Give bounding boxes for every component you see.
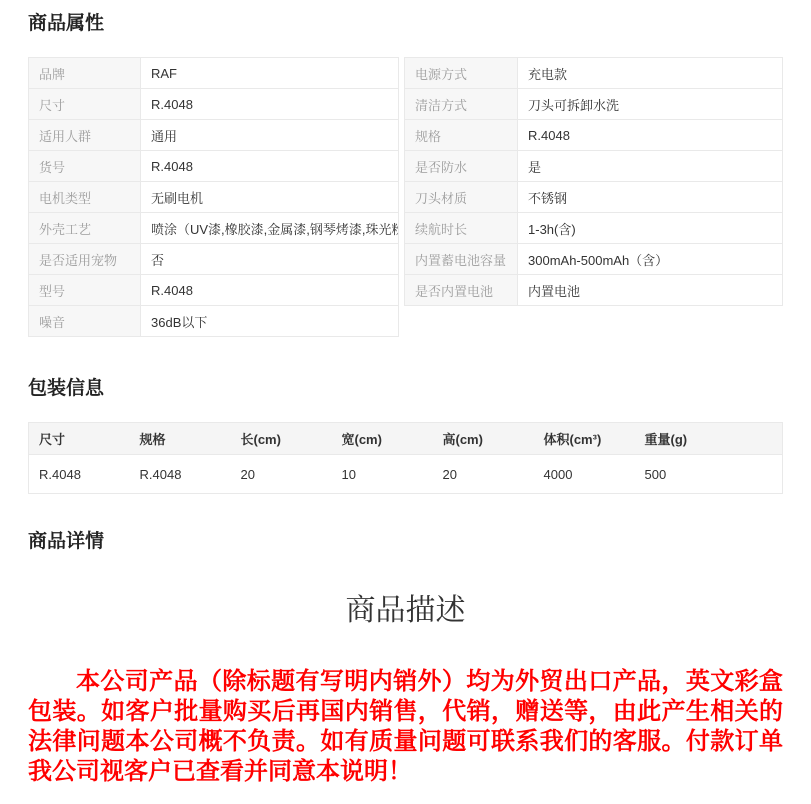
attr-row: 型号 R.4048 xyxy=(29,275,399,306)
attr-label: 尺寸 xyxy=(29,89,141,120)
packaging-header-cell: 高(cm) xyxy=(433,423,534,455)
attr-row: 是否适用宠物 否 xyxy=(29,244,399,275)
attr-row: 内置蓄电池容量 300mAh-500mAh（含） xyxy=(405,244,783,275)
attr-value: RAF xyxy=(141,58,399,89)
attr-value: R.4048 xyxy=(518,120,783,151)
attr-label: 外壳工艺 xyxy=(29,213,141,244)
attr-row: 电源方式 充电款 xyxy=(405,58,783,89)
attr-label: 电机类型 xyxy=(29,182,141,213)
attr-value: 是 xyxy=(518,151,783,182)
product-detail-page: 商品属性 品牌 RAF 尺寸 R.4048 适用人群 通用 货号 R.4048 xyxy=(0,0,811,804)
attr-label: 噪音 xyxy=(29,306,141,337)
attr-row: 货号 R.4048 xyxy=(29,151,399,182)
attr-row: 尺寸 R.4048 xyxy=(29,89,399,120)
packaging-cell: 20 xyxy=(231,455,332,494)
packaging-header-cell: 宽(cm) xyxy=(332,423,433,455)
attr-value: 通用 xyxy=(141,120,399,151)
attr-row: 续航时长 1-3h(含) xyxy=(405,213,783,244)
attr-row: 是否防水 是 xyxy=(405,151,783,182)
attr-label: 适用人群 xyxy=(29,120,141,151)
attr-label: 是否内置电池 xyxy=(405,275,518,306)
attr-row: 是否内置电池 内置电池 xyxy=(405,275,783,306)
attributes-table-right: 电源方式 充电款 清洁方式 刀头可拆卸水洗 规格 R.4048 是否防水 是 刀… xyxy=(404,57,783,306)
attr-value: 内置电池 xyxy=(518,275,783,306)
packaging-data-row: R.4048 R.4048 20 10 20 4000 500 xyxy=(29,455,783,494)
packaging-cell: 20 xyxy=(433,455,534,494)
attr-value: 300mAh-500mAh（含） xyxy=(518,244,783,275)
attr-row: 清洁方式 刀头可拆卸水洗 xyxy=(405,89,783,120)
attr-value: 无刷电机 xyxy=(141,182,399,213)
packaging-cell: R.4048 xyxy=(29,455,130,494)
packaging-header-cell: 尺寸 xyxy=(29,423,130,455)
attr-value: 36dB以下 xyxy=(141,306,399,337)
attr-label: 清洁方式 xyxy=(405,89,518,120)
attributes-section-title: 商品属性 xyxy=(28,0,783,36)
packaging-cell: R.4048 xyxy=(130,455,231,494)
attr-row: 适用人群 通用 xyxy=(29,120,399,151)
attr-value: 刀头可拆卸水洗 xyxy=(518,89,783,120)
attr-label: 型号 xyxy=(29,275,141,306)
attr-value: 不锈钢 xyxy=(518,182,783,213)
attr-row: 刀头材质 不锈钢 xyxy=(405,182,783,213)
attr-row: 品牌 RAF xyxy=(29,58,399,89)
attr-label: 规格 xyxy=(405,120,518,151)
attr-label: 内置蓄电池容量 xyxy=(405,244,518,275)
product-description-title: 商品描述 xyxy=(28,595,783,627)
packaging-header-cell: 体积(cm³) xyxy=(534,423,635,455)
attr-row: 电机类型 无刷电机 xyxy=(29,182,399,213)
attr-value: 喷涂（UV漆,橡胶漆,金属漆,钢琴烤漆,珠光粉） xyxy=(141,213,399,244)
attributes-tables: 品牌 RAF 尺寸 R.4048 适用人群 通用 货号 R.4048 电机类型 xyxy=(28,57,783,337)
packaging-cell: 10 xyxy=(332,455,433,494)
packaging-cell: 500 xyxy=(635,455,783,494)
packaging-table: 尺寸 规格 长(cm) 宽(cm) 高(cm) 体积(cm³) 重量(g) R.… xyxy=(28,422,783,494)
product-description-notice: 本公司产品（除标题有写明内销外）均为外贸出口产品，英文彩盒包装。如客户批量购买后… xyxy=(28,667,783,787)
attr-row: 噪音 36dB以下 xyxy=(29,306,399,337)
packaging-section-title: 包装信息 xyxy=(28,377,783,401)
attr-value: R.4048 xyxy=(141,275,399,306)
attr-label: 品牌 xyxy=(29,58,141,89)
attr-row: 外壳工艺 喷涂（UV漆,橡胶漆,金属漆,钢琴烤漆,珠光粉） xyxy=(29,213,399,244)
attr-label: 刀头材质 xyxy=(405,182,518,213)
attributes-table-left: 品牌 RAF 尺寸 R.4048 适用人群 通用 货号 R.4048 电机类型 xyxy=(28,57,399,337)
attr-value: R.4048 xyxy=(141,89,399,120)
packaging-header-row: 尺寸 规格 长(cm) 宽(cm) 高(cm) 体积(cm³) 重量(g) xyxy=(29,423,783,455)
attr-value: 1-3h(含) xyxy=(518,213,783,244)
packaging-header-cell: 重量(g) xyxy=(635,423,783,455)
attr-label: 是否适用宠物 xyxy=(29,244,141,275)
attr-value: 充电款 xyxy=(518,58,783,89)
details-section-title: 商品详情 xyxy=(28,530,783,554)
attr-label: 电源方式 xyxy=(405,58,518,89)
packaging-cell: 4000 xyxy=(534,455,635,494)
attr-value: 否 xyxy=(141,244,399,275)
attr-value: R.4048 xyxy=(141,151,399,182)
attr-label: 续航时长 xyxy=(405,213,518,244)
packaging-header-cell: 长(cm) xyxy=(231,423,332,455)
attr-row: 规格 R.4048 xyxy=(405,120,783,151)
attr-label: 是否防水 xyxy=(405,151,518,182)
attr-label: 货号 xyxy=(29,151,141,182)
packaging-header-cell: 规格 xyxy=(130,423,231,455)
